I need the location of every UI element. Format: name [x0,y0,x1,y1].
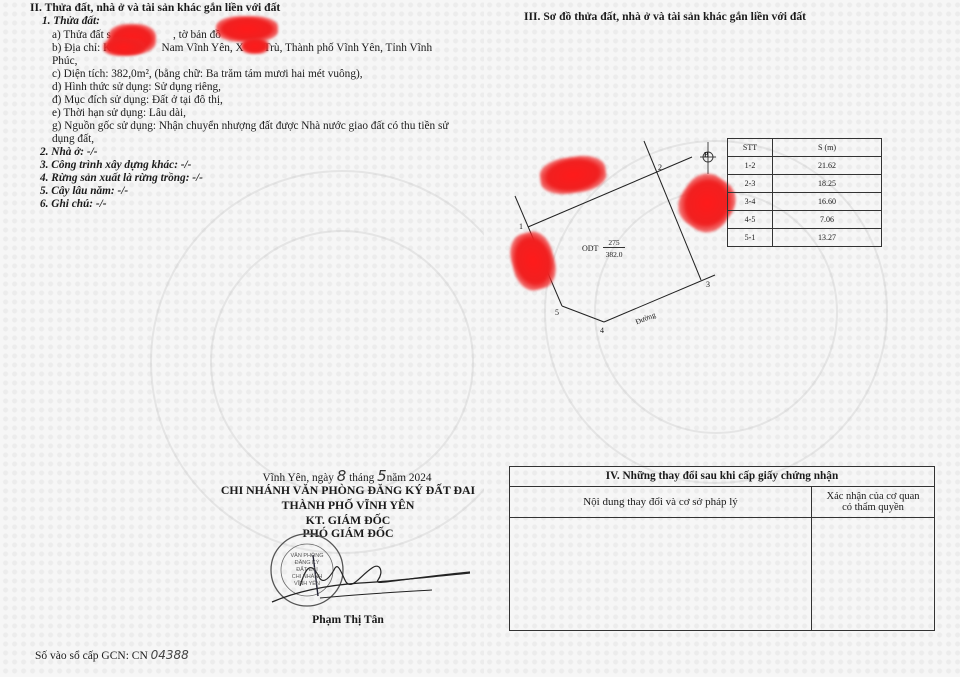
vertex-2: 2 [658,163,662,172]
land-code: ODT [582,244,598,253]
registry-number: Số vào sổ cấp GCN: CN 04388 [35,649,189,663]
handwritten-registry-number: 04388 [151,648,189,662]
north-symbol: B [704,151,709,159]
table-row: 4-5 7.06 [728,211,882,229]
changes-table-title: IV. Những thay đổi sau khi cấp giấy chứn… [510,467,934,487]
header-length: S (m) [773,139,882,157]
vertex-3: 3 [706,280,710,289]
table-row: 1-2 21.62 [728,157,882,175]
vertex-5: 5 [555,308,559,317]
segment-length-table: STT S (m) 1-2 21.62 2-3 18.25 3-4 16.60 … [727,138,882,247]
left-page: II. Thửa đất, nhà ở và tài sản khác gắn … [0,0,485,677]
changes-table-header: Nội dung thay đổi và cơ sở pháp lý Xác n… [510,487,934,518]
header-stt: STT [728,139,773,157]
table-row: 3-4 16.60 [728,193,882,211]
header-authority-confirmation: Xác nhận của cơ quan có thẩm quyền [812,487,934,517]
section-iii-title: III. Sơ đồ thửa đất, nhà ở và tài sản kh… [524,10,806,23]
change-content-cell [510,518,812,630]
vertex-4: 4 [600,326,604,335]
changes-after-issuance-table: IV. Những thay đổi sau khi cấp giấy chứn… [509,466,935,631]
header-change-content: Nội dung thay đổi và cơ sở pháp lý [510,487,812,517]
table-header-row: STT S (m) [728,139,882,157]
table-row: 5-1 13.27 [728,229,882,247]
stamp-text: VĂN PHÒNG ĐĂNG KÝ ĐẤT ĐAI CHI NHÁNH VĨNH… [281,553,333,588]
vertex-1: 1 [519,222,523,231]
parcel-area: 382.0 [603,250,625,259]
authority-confirmation-cell [812,518,934,630]
changes-table-body [510,518,934,630]
table-row: 2-3 18.25 [728,175,882,193]
parcel-number: 275 [603,238,625,248]
stamp-and-signature [0,0,484,677]
